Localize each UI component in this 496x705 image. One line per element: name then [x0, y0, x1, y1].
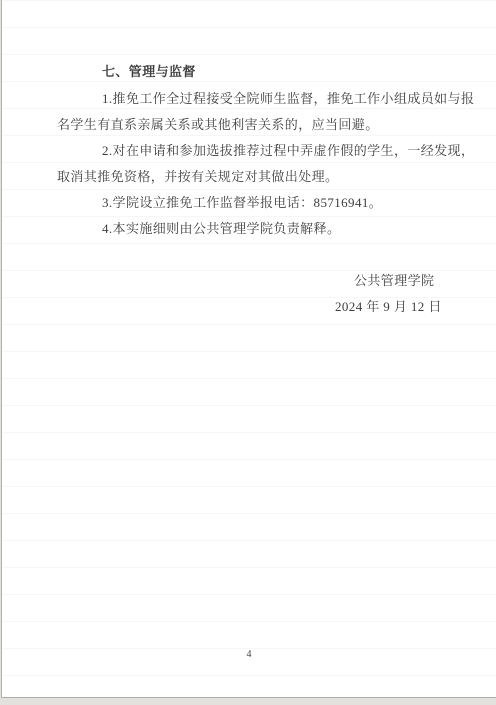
body-line-6: 4.本实施细则由公共管理学院负责解释。: [102, 216, 340, 242]
body-line-4: 取消其推免资格，并按有关规定对其做出处理。: [57, 164, 338, 190]
section-heading: 七、管理与监督: [102, 59, 196, 85]
signature: 公共管理学院: [354, 268, 434, 294]
document-viewer: 七、管理与监督 1.推免工作全过程接受全院师生监督，推免工作小组成员如与报 名学…: [0, 0, 496, 705]
document-page: 七、管理与监督 1.推免工作全过程接受全院师生监督，推免工作小组成员如与报 名学…: [1, 0, 496, 698]
body-line-2: 名学生有直系亲属关系或其他利害关系的，应当回避。: [57, 112, 379, 138]
page-number: 4: [2, 648, 496, 662]
date-line: 2024 年 9 月 12 日: [335, 294, 442, 320]
body-line-5: 3.学院设立推免工作监督举报电话：85716941。: [102, 190, 382, 216]
body-line-3: 2.对在申请和参加选拔推荐过程中弄虚作假的学生，一经发现，: [102, 138, 474, 164]
body-line-1: 1.推免工作全过程接受全院师生监督，推免工作小组成员如与报: [102, 86, 474, 112]
